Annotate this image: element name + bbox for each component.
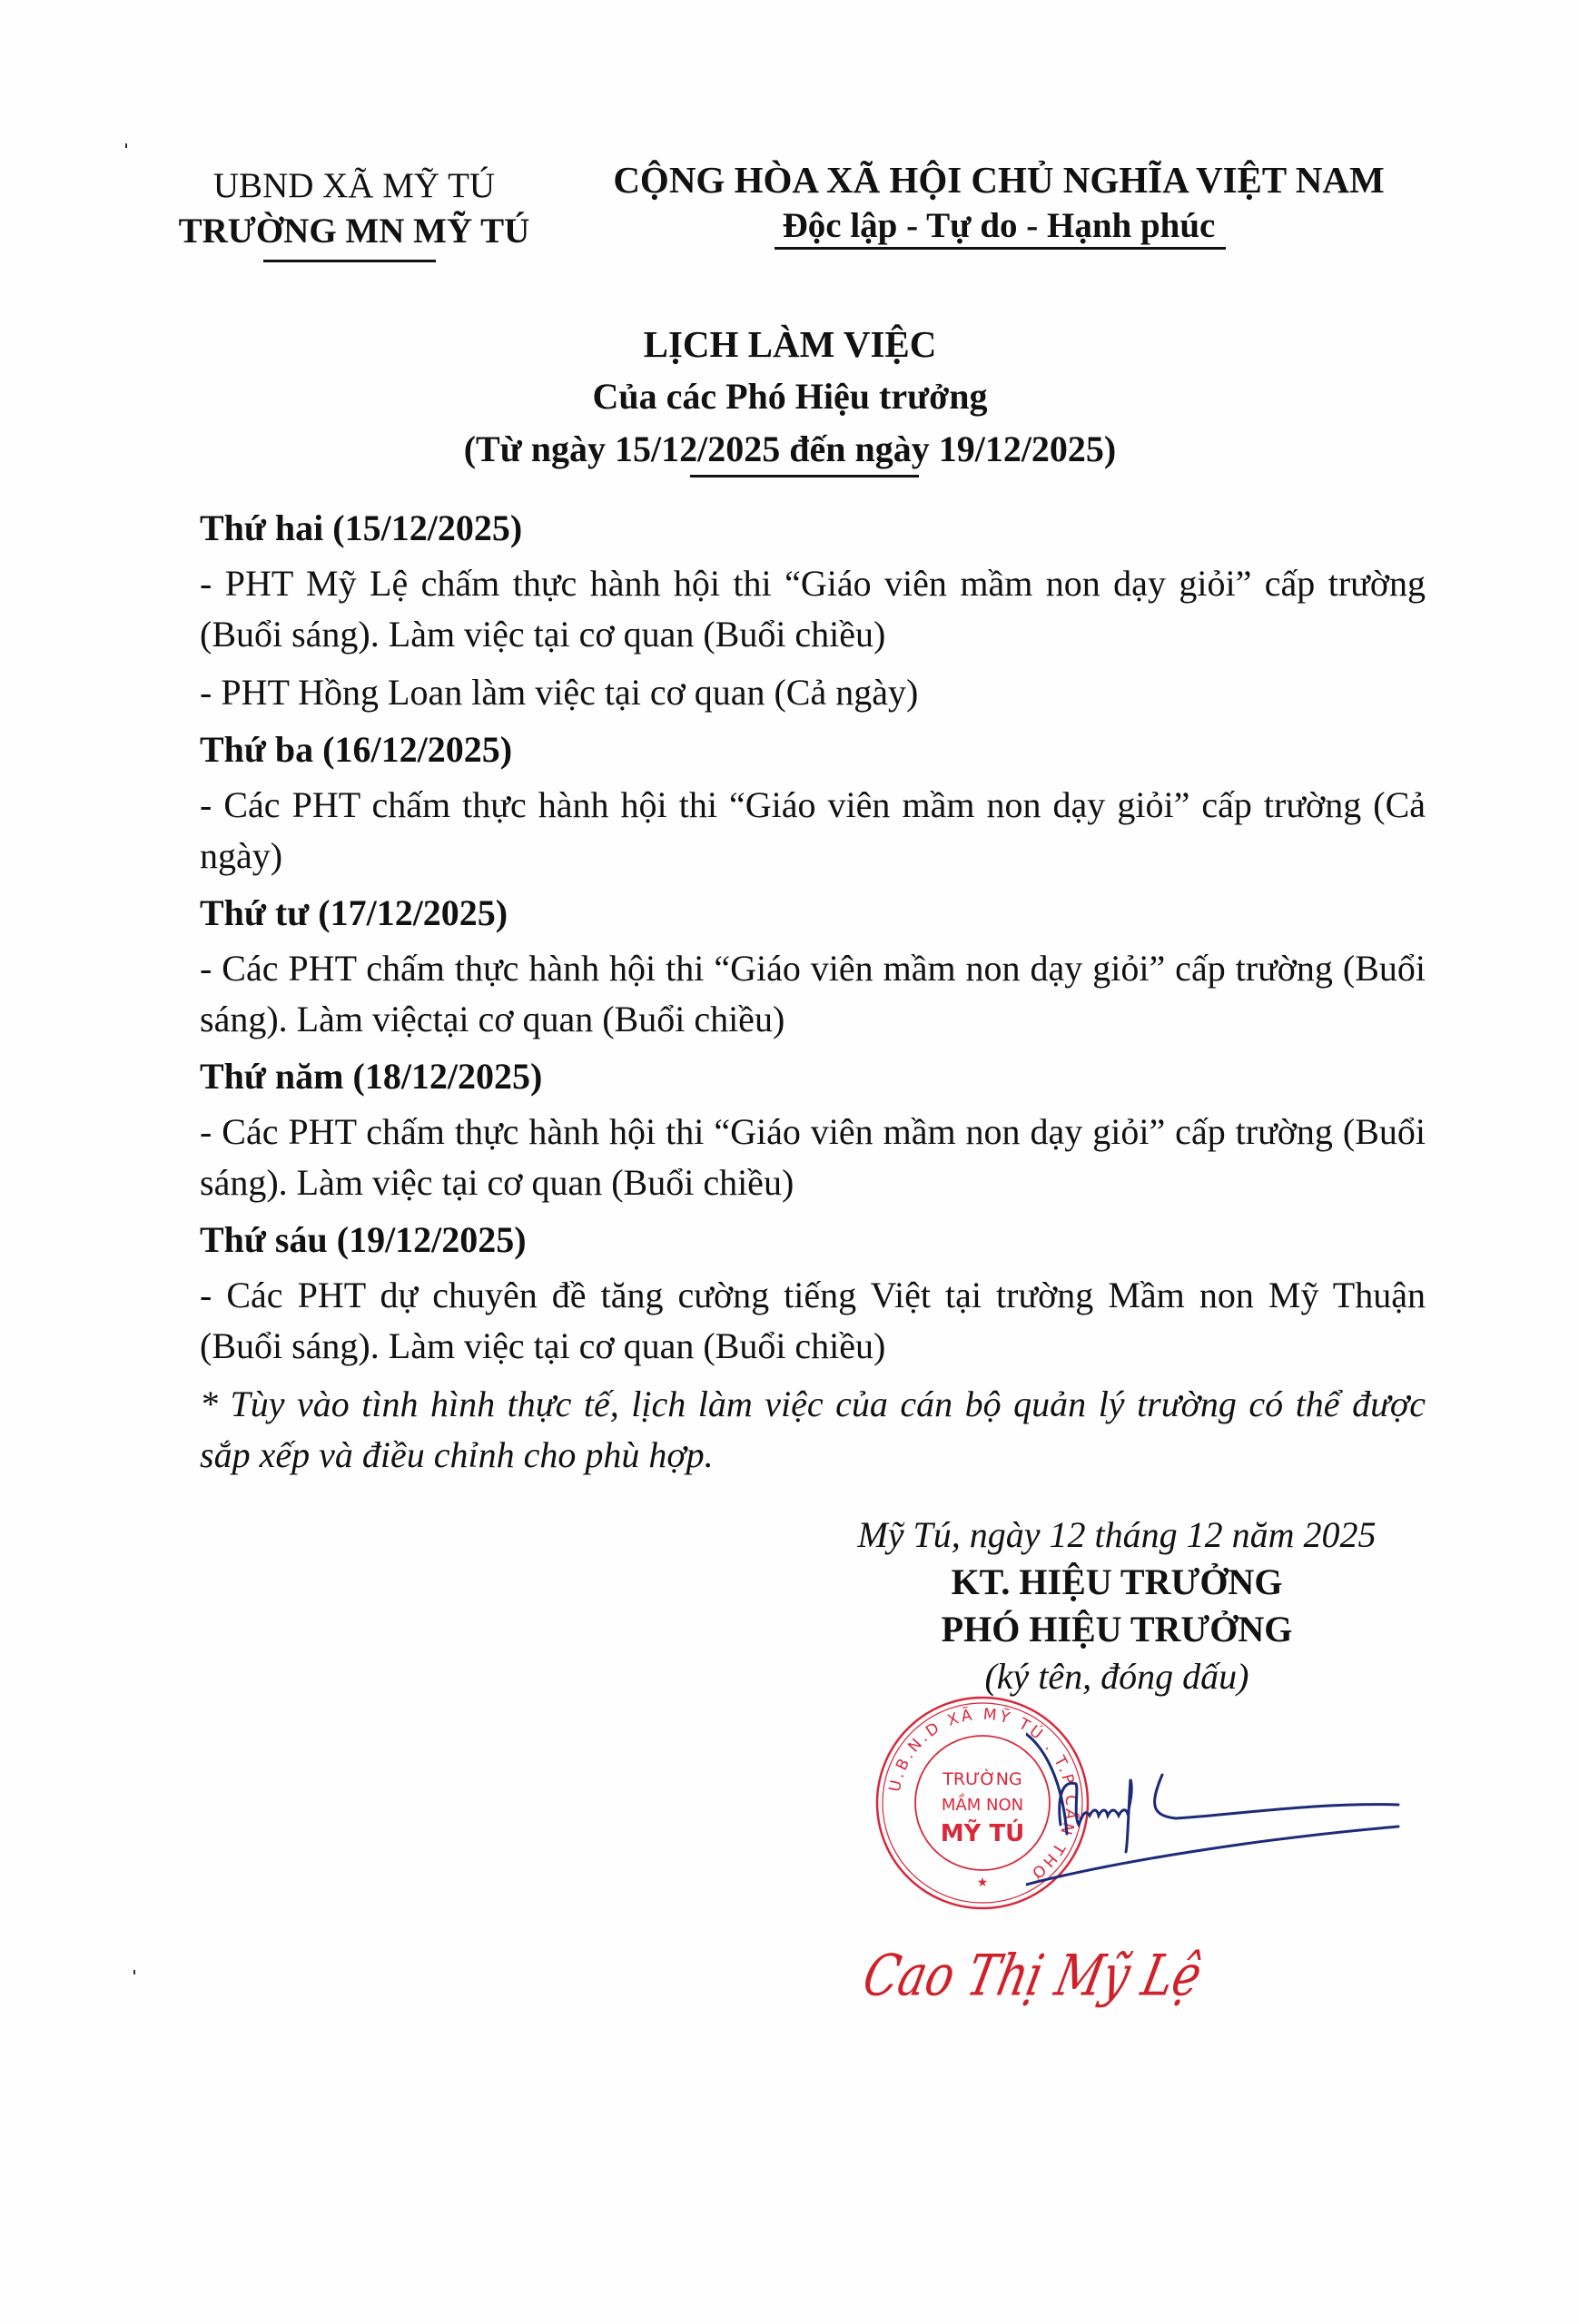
national-motto: Độc lập - Tự do - Hạnh phúc — [581, 203, 1416, 249]
day-heading: Thứ sáu (19/12/2025) — [200, 1216, 1426, 1265]
stamp-inner-line3: MỸ TÚ — [941, 1818, 1025, 1847]
day-heading: Thứ ba (16/12/2025) — [200, 725, 1426, 774]
document-subtitle: Của các Phó Hiệu trưởng — [272, 370, 1308, 423]
agency-underline — [263, 260, 436, 262]
schedule-entry: - PHT Mỹ Lệ chấm thực hành hội thi “Giáo… — [200, 558, 1426, 660]
scan-speck — [125, 143, 127, 148]
stamp-inner-line1: TRƯỜNG — [942, 1768, 1021, 1789]
document-date-range: (Từ ngày 15/12/2025 đến ngày 19/12/2025) — [272, 423, 1308, 476]
day-heading: Thứ hai (15/12/2025) — [200, 504, 1426, 553]
national-title: CỘNG HÒA XÃ HỘI CHỦ NGHĨA VIỆT NAM — [581, 156, 1416, 203]
agency-name: TRƯỜNG MN MỸ TÚ — [136, 209, 572, 254]
handwritten-signature — [1026, 1725, 1407, 1906]
schedule-body: Thứ hai (15/12/2025)- PHT Mỹ Lệ chấm thự… — [200, 504, 1426, 1481]
stamp-star-icon: ★ — [977, 1876, 989, 1890]
signer-role-line2: PHÓ HIỆU TRƯỞNG — [799, 1606, 1435, 1653]
national-header: CỘNG HÒA XÃ HỘI CHỦ NGHĨA VIỆT NAM Độc l… — [581, 156, 1416, 249]
schedule-note: * Tùy vào tình hình thực tế, lịch làm vi… — [200, 1379, 1426, 1481]
document-title-block: LỊCH LÀM VIỆC Của các Phó Hiệu trưởng (T… — [272, 318, 1308, 476]
schedule-entry: - Các PHT chấm thực hành hội thi “Giáo v… — [200, 943, 1426, 1045]
issuing-agency-header: UBND XÃ MỸ TÚ TRƯỜNG MN MỸ TÚ — [136, 163, 572, 254]
document-title: LỊCH LÀM VIỆC — [272, 318, 1308, 370]
title-underline — [690, 475, 919, 478]
signer-role-line1: KT. HIỆU TRƯỞNG — [799, 1559, 1435, 1606]
day-heading: Thứ tư (17/12/2025) — [200, 889, 1426, 938]
motto-underline — [775, 247, 1226, 250]
signature-block: Mỹ Tú, ngày 12 tháng 12 năm 2025 KT. HIỆ… — [799, 1512, 1435, 1700]
schedule-entry: - Các PHT chấm thực hành hội thi “Giáo v… — [200, 1107, 1426, 1208]
schedule-entry: - Các PHT dự chuyên đề tăng cường tiếng … — [200, 1270, 1426, 1372]
place-date: Mỹ Tú, ngày 12 tháng 12 năm 2025 — [799, 1512, 1435, 1559]
document-page: UBND XÃ MỸ TÚ TRƯỜNG MN MỸ TÚ CỘNG HÒA X… — [0, 0, 1579, 2324]
scan-speck — [133, 1970, 135, 1974]
signer-name: Cao Thị Mỹ Lệ — [858, 1943, 1271, 2009]
schedule-entry: - PHT Hồng Loan làm việc tại cơ quan (Cả… — [200, 667, 1426, 718]
signature-scribble-icon — [1026, 1725, 1407, 1906]
schedule-entry: - Các PHT chấm thực hành hội thi “Giáo v… — [200, 780, 1426, 881]
agency-parent: UBND XÃ MỸ TÚ — [136, 163, 572, 209]
stamp-inner-line2: MẦM NON — [942, 1793, 1023, 1815]
day-heading: Thứ năm (18/12/2025) — [200, 1052, 1426, 1101]
